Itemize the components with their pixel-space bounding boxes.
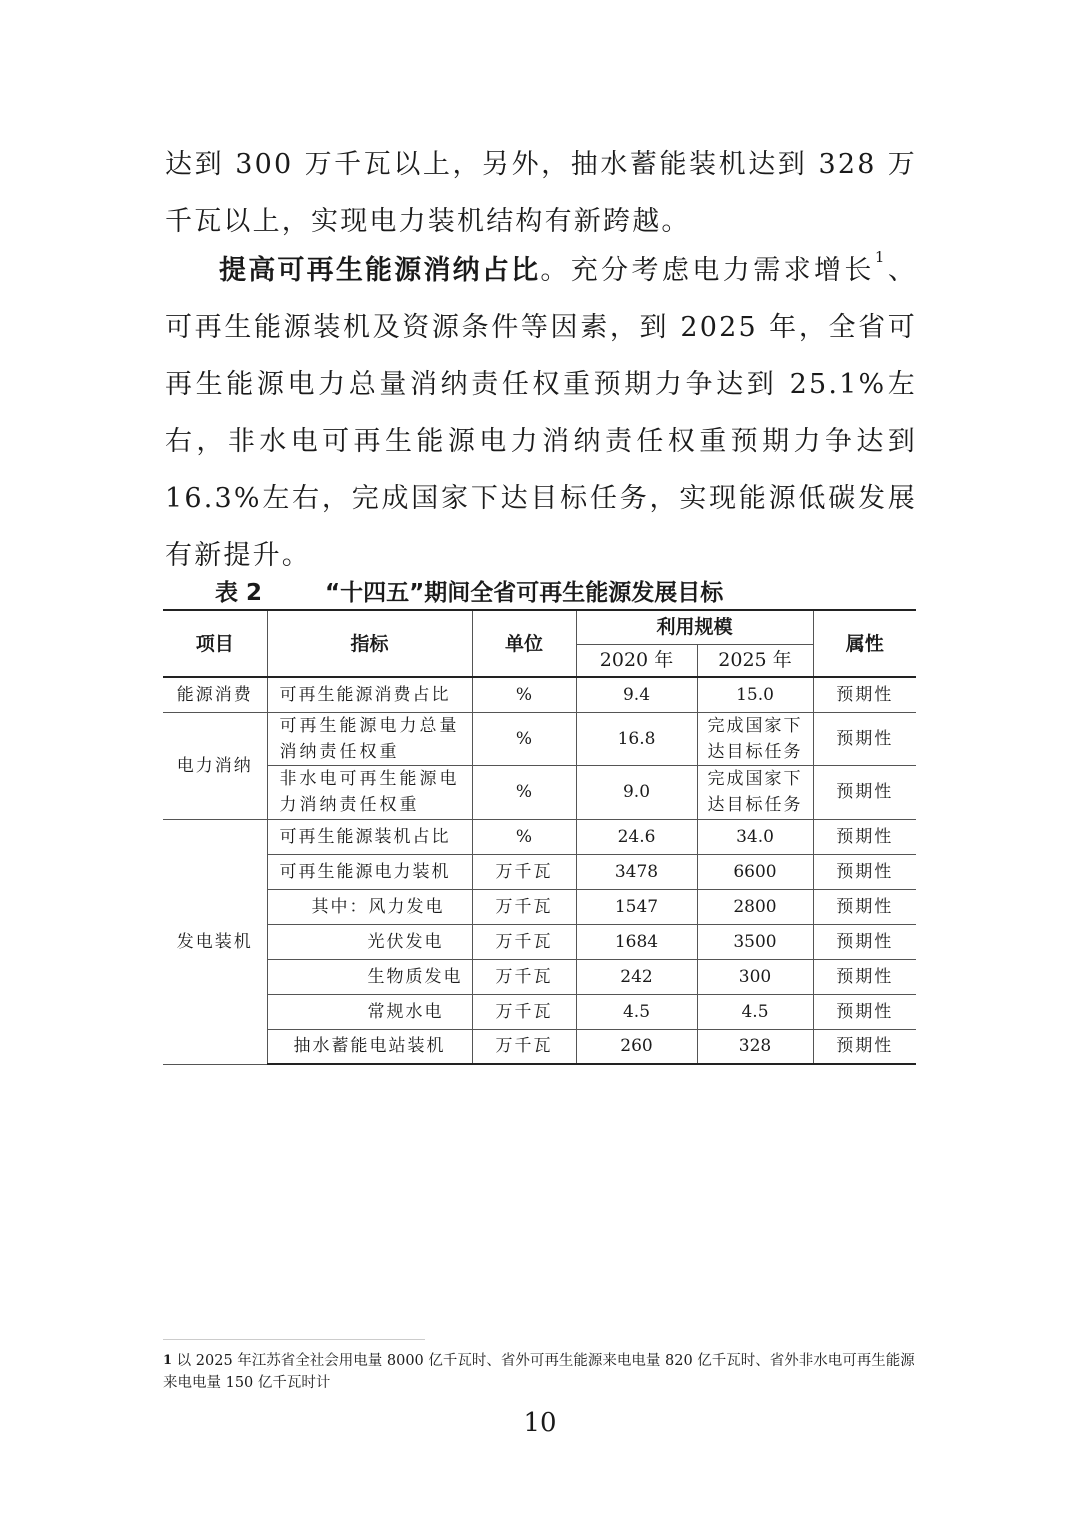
cell-unit: % (472, 712, 576, 765)
cell-attribute: 预期性 (813, 765, 916, 819)
cell-2025: 328 (697, 1029, 813, 1064)
cell-indicator: 其中：风力发电 (267, 889, 472, 924)
header-attribute: 属性 (813, 610, 916, 677)
table-caption: 表 2“十四五”期间全省可再生能源发展目标 (215, 574, 723, 607)
paragraph-intro: 达到 300 万千瓦以上，另外，抽水蓄能装机达到 328 万千瓦以上，实现电力装… (165, 136, 917, 250)
cell-2025: 完成国家下达目标任务 (697, 765, 813, 819)
header-unit: 单位 (472, 610, 576, 677)
cell-attribute: 预期性 (813, 677, 916, 712)
cell-2020: 16.8 (576, 712, 697, 765)
cell-unit: 万千瓦 (472, 854, 576, 889)
cell-2020: 9.4 (576, 677, 697, 712)
footnote: 1 以 2025 年江苏省全社会用电量 8000 亿千瓦时、省外可再生能源来电电… (163, 1350, 923, 1394)
cell-unit: % (472, 819, 576, 854)
page-number: 10 (0, 1408, 1080, 1438)
cell-unit: 万千瓦 (472, 889, 576, 924)
paragraph-text: 。充分考虑电力需求增长 (540, 255, 875, 286)
header-scale: 利用规模 (576, 610, 813, 644)
group-energy: 能源消费 (163, 677, 267, 712)
cell-attribute: 预期性 (813, 994, 916, 1029)
cell-unit: 万千瓦 (472, 994, 576, 1029)
table-row: 可再生能源电力装机 万千瓦 3478 6600 预期性 (163, 854, 916, 889)
cell-unit: 万千瓦 (472, 924, 576, 959)
group-power: 电力消纳 (163, 712, 267, 819)
paragraph-heading: 提高可再生能源消纳占比 (219, 255, 540, 286)
cell-2025: 15.0 (697, 677, 813, 712)
table-row: 常规水电 万千瓦 4.5 4.5 预期性 (163, 994, 916, 1029)
header-item: 项目 (163, 610, 267, 677)
cell-unit: % (472, 765, 576, 819)
table-row: 生物质发电 万千瓦 242 300 预期性 (163, 959, 916, 994)
cell-unit: % (472, 677, 576, 712)
cell-2025: 6600 (697, 854, 813, 889)
cell-attribute: 预期性 (813, 959, 916, 994)
cell-2025: 完成国家下达目标任务 (697, 712, 813, 765)
table-row: 光伏发电 万千瓦 1684 3500 预期性 (163, 924, 916, 959)
cell-2020: 24.6 (576, 819, 697, 854)
cell-2025: 4.5 (697, 994, 813, 1029)
cell-attribute: 预期性 (813, 924, 916, 959)
cell-unit: 万千瓦 (472, 1029, 576, 1064)
header-indicator: 指标 (267, 610, 472, 677)
cell-indicator: 抽水蓄能电站装机 (267, 1029, 472, 1064)
table-row: 抽水蓄能电站装机 万千瓦 260 328 预期性 (163, 1029, 916, 1064)
targets-table: 项目 指标 单位 利用规模 属性 2020 年 2025 年 能源消费 可再生能… (163, 609, 916, 1065)
footnote-ref[interactable]: 1 (875, 248, 887, 266)
cell-2020: 4.5 (576, 994, 697, 1029)
cell-2025: 34.0 (697, 819, 813, 854)
cell-attribute: 预期性 (813, 889, 916, 924)
table-title: “十四五”期间全省可再生能源发展目标 (325, 580, 723, 606)
table-row: 能源消费 可再生能源消费占比 % 9.4 15.0 预期性 (163, 677, 916, 712)
cell-2020: 1547 (576, 889, 697, 924)
cell-2020: 1684 (576, 924, 697, 959)
header-2020: 2020 年 (576, 644, 697, 677)
paragraph-renewable-consumption: 提高可再生能源消纳占比。充分考虑电力需求增长1、可再生能源装机及资源条件等因素，… (165, 242, 917, 584)
cell-2020: 260 (576, 1029, 697, 1064)
cell-attribute: 预期性 (813, 1029, 916, 1064)
cell-2020: 3478 (576, 854, 697, 889)
cell-indicator: 光伏发电 (267, 924, 472, 959)
group-generation: 发电装机 (163, 819, 267, 1064)
table-number: 表 2 (215, 574, 325, 607)
table-row: 其中：风力发电 万千瓦 1547 2800 预期性 (163, 889, 916, 924)
cell-2020: 242 (576, 959, 697, 994)
footnote-marker: 1 (163, 1353, 172, 1368)
cell-indicator: 可再生能源装机占比 (267, 819, 472, 854)
cell-indicator: 可再生能源电力装机 (267, 854, 472, 889)
cell-2025: 300 (697, 959, 813, 994)
header-2025: 2025 年 (697, 644, 813, 677)
cell-2025: 3500 (697, 924, 813, 959)
cell-2025: 2800 (697, 889, 813, 924)
footnote-text: 以 2025 年江苏省全社会用电量 8000 亿千瓦时、省外可再生能源来电电量 … (163, 1353, 915, 1391)
cell-2020: 9.0 (576, 765, 697, 819)
table-row: 非水电可再生能源电力消纳责任权重 % 9.0 完成国家下达目标任务 预期性 (163, 765, 916, 819)
cell-indicator: 生物质发电 (267, 959, 472, 994)
cell-attribute: 预期性 (813, 712, 916, 765)
cell-attribute: 预期性 (813, 819, 916, 854)
table-row: 电力消纳 可再生能源电力总量消纳责任权重 % 16.8 完成国家下达目标任务 预… (163, 712, 916, 765)
cell-attribute: 预期性 (813, 854, 916, 889)
cell-indicator: 可再生能源消费占比 (267, 677, 472, 712)
table-row: 发电装机 可再生能源装机占比 % 24.6 34.0 预期性 (163, 819, 916, 854)
cell-indicator: 非水电可再生能源电力消纳责任权重 (267, 765, 472, 819)
cell-indicator: 可再生能源电力总量消纳责任权重 (267, 712, 472, 765)
cell-indicator: 常规水电 (267, 994, 472, 1029)
cell-unit: 万千瓦 (472, 959, 576, 994)
paragraph-text: 、可再生能源装机及资源条件等因素，到 2025 年，全省可再生能源电力总量消纳责… (165, 255, 917, 571)
footnote-divider (163, 1339, 425, 1340)
